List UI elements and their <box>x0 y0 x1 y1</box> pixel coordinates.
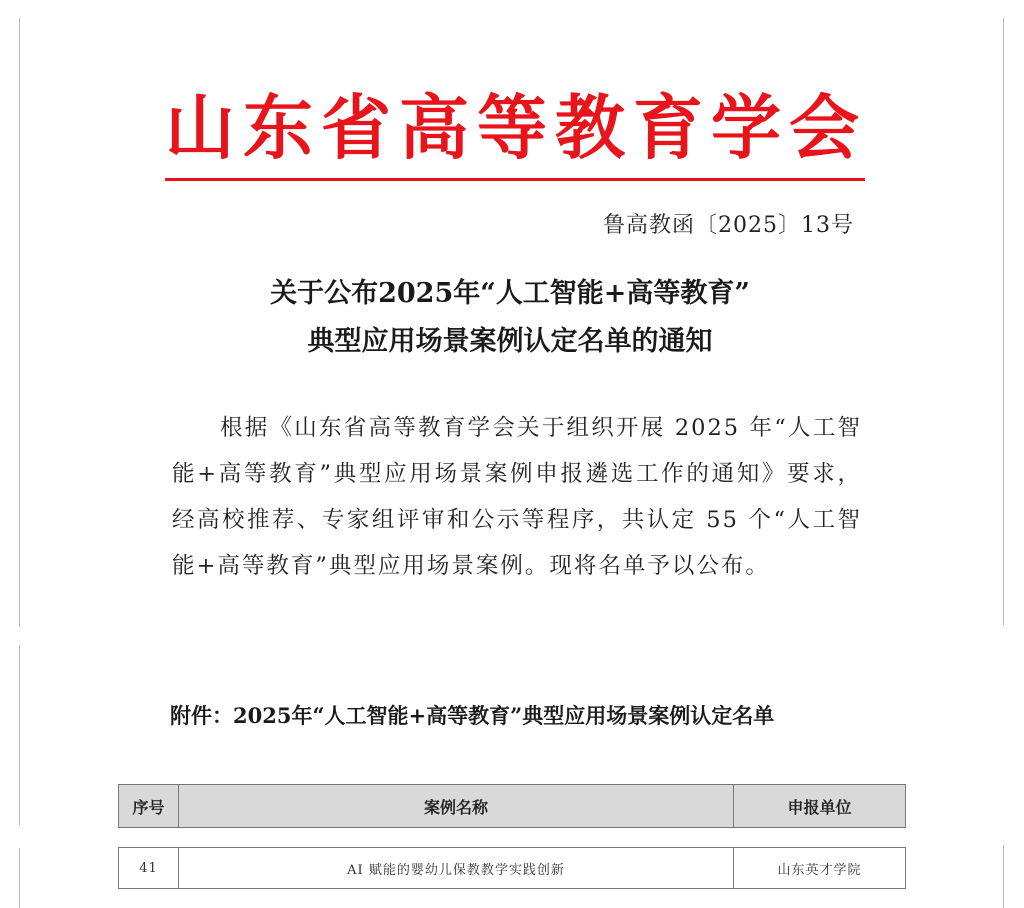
page-edge-left <box>19 18 20 627</box>
title-line-2: 典型应用场景案例认定名单的通知 <box>160 318 860 366</box>
cell-unit: 山东英才学院 <box>734 848 906 889</box>
attachment-label: 附件：2025年“人工智能+高等教育”典型应用场景案例认定名单 <box>170 700 774 730</box>
page-edge-right <box>1003 845 1004 908</box>
document-title: 关于公布2025年“人工智能+高等教育” 典型应用场景案例认定名单的通知 <box>160 270 860 366</box>
cell-case-name: AI 赋能的婴幼儿保教教学实践创新 <box>179 848 734 889</box>
page-edge-right <box>1003 18 1004 625</box>
page-edge-left <box>19 848 20 908</box>
header-index: 序号 <box>119 785 179 828</box>
body-paragraph: 根据《山东省高等教育学会关于组织开展 2025 年“人工智能+高等教育”典型应用… <box>172 405 862 589</box>
page-edge-left <box>19 645 20 825</box>
title-line-1: 关于公布2025年“人工智能+高等教育” <box>160 270 860 318</box>
cell-index: 41 <box>119 848 179 889</box>
table-header: 序号 案例名称 申报单位 <box>118 784 906 828</box>
document-number: 鲁高教函〔2025〕13号 <box>603 208 854 239</box>
red-rule-divider <box>165 178 865 181</box>
masthead-org-name: 山东省高等教育学会 <box>165 78 865 178</box>
header-case-name: 案例名称 <box>179 785 734 828</box>
header-unit: 申报单位 <box>734 785 906 828</box>
table-row: 41 AI 赋能的婴幼儿保教教学实践创新 山东英才学院 <box>118 847 906 889</box>
